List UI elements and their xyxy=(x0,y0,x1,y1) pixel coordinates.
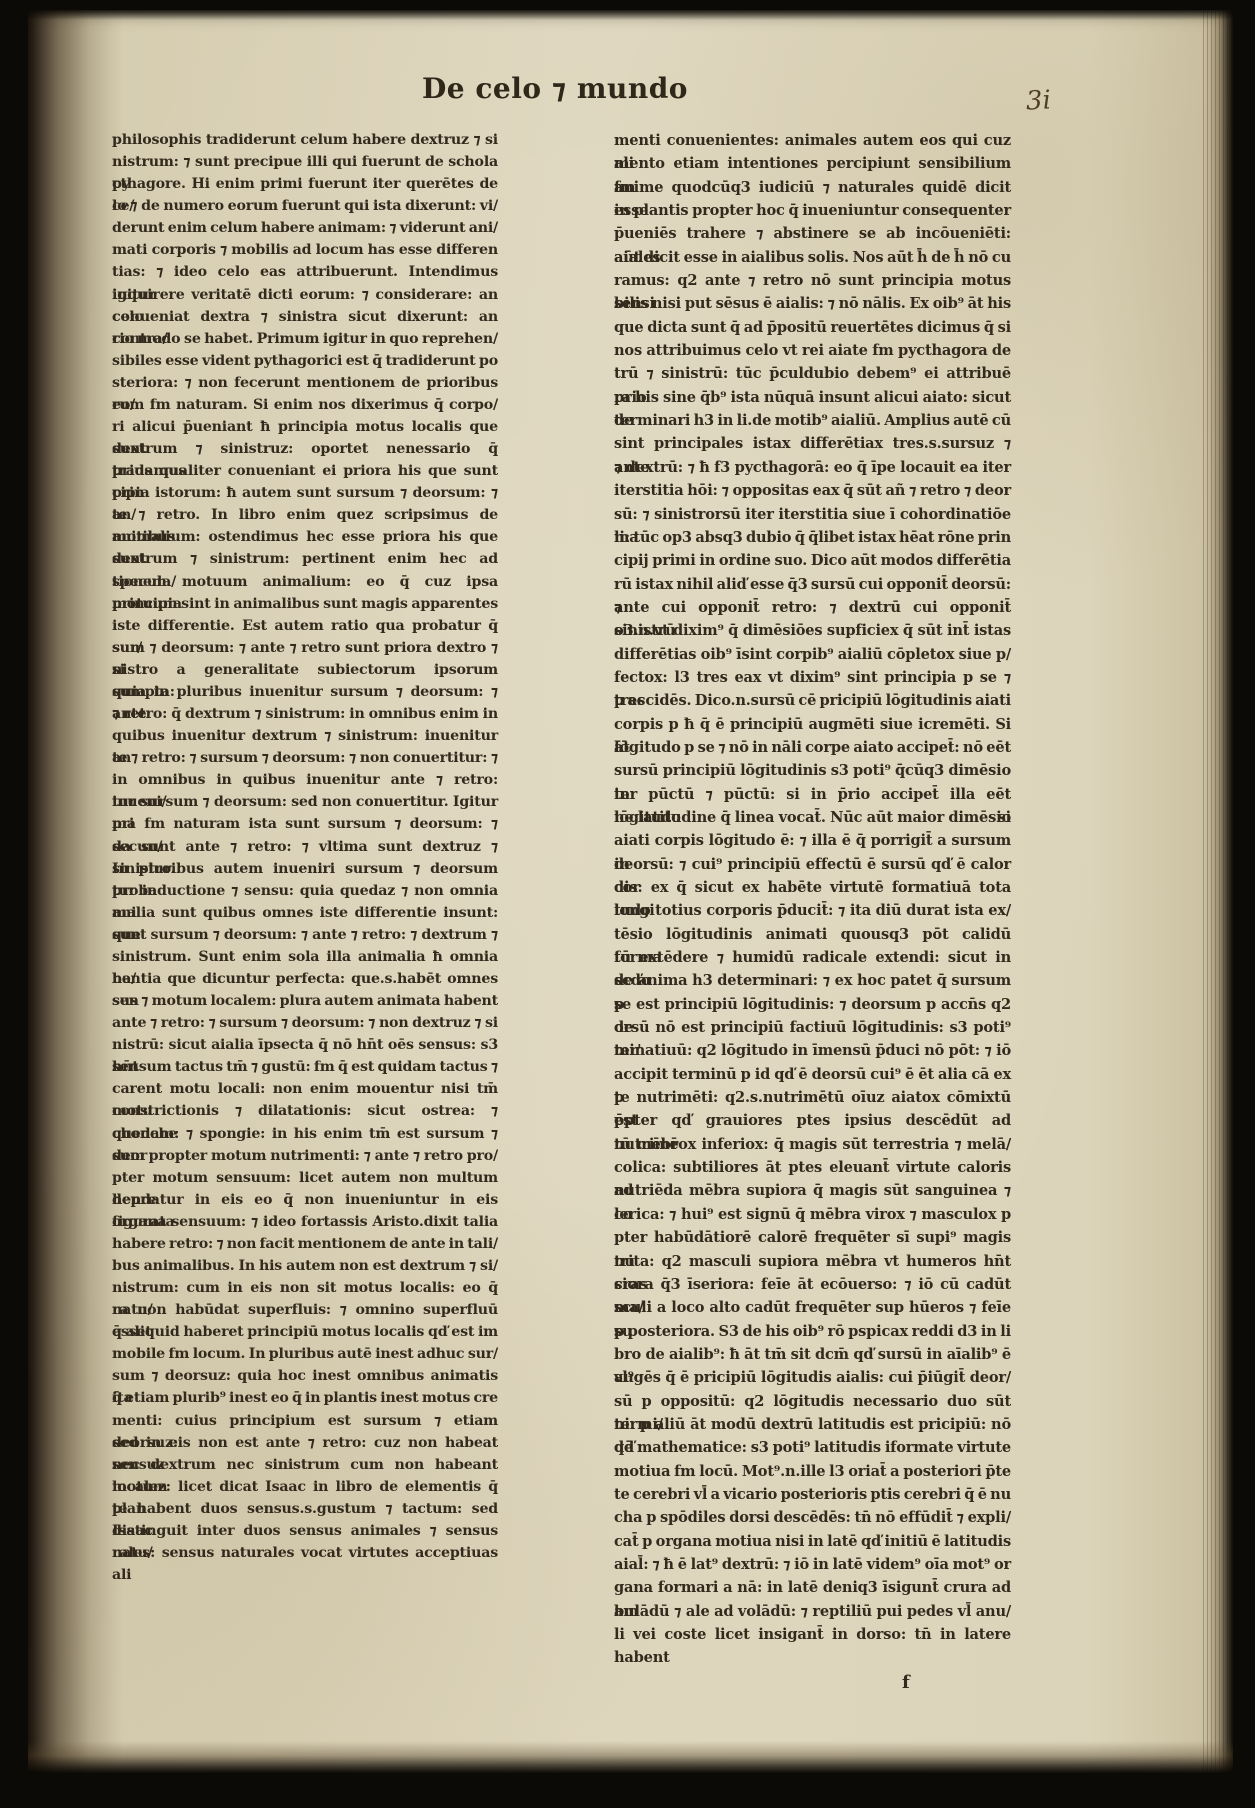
text-line: sunt sursum ⁊ deorsum: ⁊ ante ⁊ retro: ⁊… xyxy=(112,924,498,946)
text-line: bilis nisi put sēsus ē aialis: ⁊ nō nāli… xyxy=(614,292,1011,315)
text-line: rū istax nihil aliď esse q̄3 sursū cui o… xyxy=(614,573,1011,596)
folio-number: 3i xyxy=(1025,85,1051,116)
text-line: dē mathematice: s3 poti⁹ latitudis iform… xyxy=(614,1436,1011,1459)
text-line: rio modo se habet. Primum igitur in quo … xyxy=(112,328,498,350)
text-line: tū extēdere ⁊ humidū radicale extendi: s… xyxy=(614,946,1011,969)
text-line: menti: cuius principium est sursum ⁊ eti… xyxy=(112,1410,498,1432)
text-line: minatiuū: q2 lōgitudo in īmensū p̄duci n… xyxy=(614,1039,1011,1062)
text-line: corpis p ħ q̄ ē principiū augmēti siue i… xyxy=(614,713,1011,736)
text-line: colica: subtiliores āt ptes eleuant̄ vir… xyxy=(614,1156,1011,1179)
text-line: sed in eis non est ante ⁊ retro: cuz non… xyxy=(112,1432,498,1454)
text-line: distinguit inter duos sensus animales ⁊ … xyxy=(112,1520,498,1542)
text-line: q̄ etiam plurib⁹ inest eo q̄ in plantis … xyxy=(112,1387,498,1409)
text-line: nistro a generalitate subiectorum ipsoru… xyxy=(112,659,498,681)
text-line: nutriēda mēbra supiora q̄ magis sūt sang… xyxy=(614,1179,1011,1202)
text-line: cat̄ p organa motiua nisi in latē qď ini… xyxy=(614,1530,1011,1553)
text-line: motiua fm locū. Mot⁹.n.ille l3 oriat̄ a … xyxy=(614,1460,1011,1483)
text-line: menti conuenientes: animales autem eos q… xyxy=(614,129,1011,152)
text-line: organa sensuum: ⁊ ideo fortassis Aristo.… xyxy=(112,1211,498,1233)
text-line: de anima h3 determinari: ⁊ ex hoc patet … xyxy=(614,969,1011,992)
text-line: li vei coste licet insigant̄ in dorso: t… xyxy=(614,1623,1011,1646)
text-line: quedam: ⁊ spongie: in his enim tm̄ est s… xyxy=(112,1123,498,1145)
text-line: ne latitudine q̄ linea vocat̄. Nūc aūt m… xyxy=(614,806,1011,829)
text-line: sensum tactus tm̄ ⁊ gustū: fm q̄ est qui… xyxy=(112,1056,498,1078)
text-line: tū mēbrox inferiox: q̄ magis sūt terrest… xyxy=(614,1133,1011,1156)
text-line: p̄ueniēs trahere ⁊ abstinere se ab incōu… xyxy=(614,222,1011,245)
text-line: ma fm naturam ista sunt sursum ⁊ deorsum… xyxy=(112,813,498,835)
text-line: nec dextrum nec sinistrum cum non habean… xyxy=(112,1454,498,1476)
text-line: dextrum ⁊ sinistruz: oportet nenessario … xyxy=(112,438,498,460)
text-line: fectox: l3 tres eax vt dixim⁹ sint princ… xyxy=(614,666,1011,689)
text-line: ⁊ retro: q̄ dextrum ⁊ sinistrum: in omni… xyxy=(112,703,498,725)
text-line: o3.n.vt dixim⁹ q̄ dimēsiōes supficiex q̄… xyxy=(614,619,1011,642)
text-line: que dicta sunt q̄ ad p̄positū reuertētes… xyxy=(614,316,1011,339)
text-line: deorsū: ⁊ cui⁹ principiū effectū ē sursū… xyxy=(614,853,1011,876)
text-line: bus animalibus. In his autem non est dex… xyxy=(112,1255,498,1277)
text-line: nos attribuimus celo vt rei aiate fm pyc… xyxy=(614,339,1011,362)
text-line: sū p oppositū: q2 lōgitudis necessario d… xyxy=(614,1390,1011,1413)
running-title: De celo ⁊ mundo xyxy=(380,72,730,105)
text-line: in omnibus in quibus inuenitur ante ⁊ re… xyxy=(112,769,498,791)
text-line: In pluribus autem inueniri sursum ⁊ deor… xyxy=(112,858,498,880)
text-line: li: tūc op3 absq3 dubio q̄ q̄libet istax… xyxy=(614,526,1011,549)
text-line: quia in pluribus inuenitur sursum ⁊ deor… xyxy=(112,681,498,703)
text-line: aūt dicit esse in aialibus solis. Nos aū… xyxy=(614,246,1011,269)
text-line: iterstitia hōi: ⁊ oppositas eax q̄ sūt a… xyxy=(614,479,1011,502)
text-line: te nutrimēti: q2.s.nutrimētū oīuz aiatox… xyxy=(614,1086,1011,1109)
text-line: dis: ex q̄ sicut ex habēte virtutē forma… xyxy=(614,876,1011,899)
text-line: sint principales istax differētiax tres.… xyxy=(614,432,1011,455)
text-line: ri alicui p̄ueniant ħ principia motus lo… xyxy=(112,416,498,438)
text-line: p̄pter qď grauiores ptes ipsius descēdūt… xyxy=(614,1109,1011,1132)
text-line: sū: ⁊ sinistrorsū iter iterstitia siue ī… xyxy=(614,503,1011,526)
text-line: orsū nō est principiū factiuū lōgitudini… xyxy=(614,1016,1011,1039)
text-line: te ⁊ retro. In libro enim quez scripsimu… xyxy=(112,504,498,526)
text-line: lo ⁊ de numero eorum fuerunt qui ista di… xyxy=(112,195,498,217)
text-line: hendatur in eis eo q̄ non inueniuntur in… xyxy=(112,1189,498,1211)
text-line: te ⁊ retro: ⁊ sursum ⁊ deorsum: ⁊ non co… xyxy=(112,747,498,769)
text-line: iste differentie. Est autem ratio qua pr… xyxy=(112,615,498,637)
text-line: differētias oib⁹ īsint corpib⁹ aialiū cō… xyxy=(614,643,1011,666)
text-line: tēsio lōgitudinis animati quousq3 pōt ca… xyxy=(614,923,1011,946)
text-line: trita: q2 masculi supiora mēbra vt humer… xyxy=(614,1250,1011,1273)
text-line: te habent duos sensus.s.gustum ⁊ tactum:… xyxy=(112,1498,498,1520)
text-line: se est principiū lōgitudinis: ⁊ deorsum … xyxy=(614,993,1011,1016)
gutter-shadow xyxy=(28,10,123,1773)
text-column-right: menti conuenientes: animales autem eos q… xyxy=(614,129,1011,1646)
text-line: siora q̄3 īseriora: feīe āt ecōuerso: ⁊ … xyxy=(614,1273,1011,1296)
text-line: lerica: ⁊ hui⁹ est signū q̄ mēbra virox … xyxy=(614,1203,1011,1226)
fore-edge-shadow xyxy=(1203,10,1233,1773)
text-line: rum fm naturam. Si enim nos dixerimus q̄… xyxy=(112,394,498,416)
text-line: ante ⁊ retro: ⁊ sursum ⁊ deorsum: ⁊ non … xyxy=(112,1012,498,1034)
text-line: mati corporis ⁊ mobilis ad locum has ess… xyxy=(112,239,498,261)
text-line: sinistrum. Sunt enim sola illa animalia … xyxy=(112,946,498,968)
text-line: da sunt ante ⁊ retro: ⁊ vltima sunt dext… xyxy=(112,836,498,858)
text-line: bulādū ⁊ ale ad volādū: ⁊ reptiliū pui p… xyxy=(614,1600,1011,1623)
text-line: malia sunt quibus omnes iste differentie… xyxy=(112,902,498,924)
text-line: conueniat dextra ⁊ sinistra sicut dixeru… xyxy=(112,306,498,328)
text-line: nistrū: sicut aialia īpsecta q̄ nō hn̄t … xyxy=(112,1034,498,1056)
text-line: philosophis tradiderunt celum habere dex… xyxy=(112,129,498,151)
text-line: ante cui opponit̄ retro: ⁊ dextrū cui op… xyxy=(614,596,1011,619)
text-line: localez: licet dicat Isaac in libro de e… xyxy=(112,1476,498,1498)
text-line: steriora: ⁊ non fecerunt mentionem de pr… xyxy=(112,372,498,394)
text-line: tur inductione ⁊ sensu: quia quedaz ⁊ no… xyxy=(112,880,498,902)
text-line: bro de aialib⁹: ħ āt tm̄ sit dcm̄ qď sur… xyxy=(614,1343,1011,1366)
text-line: pter habūdātiorē calorē frequēter sī sup… xyxy=(614,1226,1011,1249)
text-line: habere retro: ⁊ non facit mentionem de a… xyxy=(112,1233,498,1255)
text-line: lōgitudo p se ⁊ nō in nāli corpe aiato a… xyxy=(614,736,1011,759)
text-line: aiati corpis lōgitudo ē: ⁊ illa ē q̄ por… xyxy=(614,829,1011,852)
text-line: sum ⁊ deorsum: ⁊ ante ⁊ retro sunt prior… xyxy=(112,637,498,659)
text-line: carent motu locali: non enim mouentur ni… xyxy=(112,1078,498,1100)
text-line: sursū principiū lōgitudinis s3 poti⁹ q̄c… xyxy=(614,759,1011,782)
text-line: ra his sine q̄b⁹ ista nūquā insunt alicu… xyxy=(614,386,1011,409)
scan-background: De celo ⁊ mundo 3i philosophis tradideru… xyxy=(0,0,1255,1808)
text-line: p posteriora. S3 de his oib⁹ rō pspicax … xyxy=(614,1320,1011,1343)
text-line: dextrum ⁊ sinistrum: pertinent enim hec … xyxy=(112,548,498,570)
text-line: bentia que dicuntur perfecta: que.s.habē… xyxy=(112,968,498,990)
text-line: inquirere veritatē dicti eorum: ⁊ consid… xyxy=(112,284,498,306)
text-line: motuum sint in animalibus sunt magis app… xyxy=(112,593,498,615)
text-line: sibiles esse vident pythagorici est q̄ t… xyxy=(112,350,498,372)
text-line: pter motum sensuum: licet autem non mult… xyxy=(112,1167,498,1189)
text-line: ra non habūdat superfluis: ⁊ omnino supe… xyxy=(112,1299,498,1321)
text-line: cthagore. Hi enim primi fuerunt iter que… xyxy=(112,173,498,195)
text-line: ⁊ dextrū: ⁊ ħ f3 pycthagorā: eo q̄ īpe l… xyxy=(614,456,1011,479)
text-line: mobile fm locum. In pluribus autē inest … xyxy=(112,1343,498,1365)
text-line: sum ⁊ deorsuz: quia hoc inest omnibus an… xyxy=(112,1365,498,1387)
text-line: prius qualiter conueniant ei priora his … xyxy=(112,460,498,482)
text-line: anime quodcūq3 iudiciū ⁊ naturales quidē… xyxy=(614,176,1011,199)
text-line: derunt enim celum habere animam: ⁊ vider… xyxy=(112,217,498,239)
text-line: cipia istorum: ħ autem sunt sursum ⁊ deo… xyxy=(112,482,498,504)
signature-mark: f xyxy=(902,1672,910,1693)
text-line: te cerebri vl̄ a vicario posterioris pti… xyxy=(614,1483,1011,1506)
text-line: p accidēs. Dico.n.sursū cē pricipiū lōgi… xyxy=(614,689,1011,712)
text-line: cha p spōdiles dorsi descēdēs: tn̄ nō ef… xyxy=(614,1506,1011,1529)
text-line: mento etiam intentiones percipiunt sensi… xyxy=(614,152,1011,175)
text-line: in plantis propter hoc q̄ inueniuntur co… xyxy=(614,199,1011,222)
text-line: tur sursum ⁊ deorsum: sed non conuertitu… xyxy=(112,791,498,813)
text-line: augēs q̄ ē pricipiū lōgitudis aialis: cu… xyxy=(614,1366,1011,1389)
text-line: tias: ⁊ ideo celo eas attribuerunt. Inte… xyxy=(112,261,498,283)
text-line: rales: sensus naturales vocat virtutes a… xyxy=(112,1542,498,1564)
text-line: ni: p aliū āt modū dextrū latitudis est … xyxy=(614,1413,1011,1436)
text-line: gana formari a nā: in latē deniq3 īsigun… xyxy=(614,1576,1011,1599)
text-line: tudo totius corporis p̄ducit̄: ⁊ ita diū… xyxy=(614,899,1011,922)
text-line: animalium: ostendimus hec esse priora hi… xyxy=(112,526,498,548)
bottom-edge-shadow xyxy=(28,1741,1233,1773)
text-line: ramus: q2 ante ⁊ retro nō sunt principia… xyxy=(614,269,1011,292)
text-line: ter pūctū ⁊ pūctū: si in p̄rio accipet̄ … xyxy=(614,783,1011,806)
text-line: constrictionis ⁊ dilatationis: sicut ost… xyxy=(112,1100,498,1122)
text-line: trū ⁊ sinistrū: tūc p̄culdubio debem⁹ ei… xyxy=(614,362,1011,385)
text-line: nistrum: ⁊ sunt precipue illi qui fuerun… xyxy=(112,151,498,173)
text-line: sus ⁊ motum localem: plura autem animata… xyxy=(112,990,498,1012)
text-line: tionem motuum animalium: eo q̄ cuz ipsa … xyxy=(112,571,498,593)
text-line: q̄ aliquid haberet principiū motus local… xyxy=(112,1321,498,1343)
book-page: De celo ⁊ mundo 3i philosophis tradideru… xyxy=(28,10,1233,1773)
text-line: nistrum: cum in eis non sit motus locali… xyxy=(112,1277,498,1299)
text-line: quibus inuenitur dextrum ⁊ sinistrum: in… xyxy=(112,725,498,747)
text-line: sum propter motum nutrimenti: ⁊ ante ⁊ r… xyxy=(112,1145,498,1167)
text-line: terminari h3 in li.de motib⁹ aialiū. Amp… xyxy=(614,409,1011,432)
text-line: accipit terminū p id qď ē deorsū cui⁹ ē … xyxy=(614,1063,1011,1086)
text-line: aial̄: ⁊ ħ ē lat⁹ dextrū: ⁊ iō in latē v… xyxy=(614,1553,1011,1576)
text-column-left: philosophis tradiderunt celum habere dex… xyxy=(112,129,498,1564)
top-edge-shadow xyxy=(28,10,1233,20)
text-line: cipij primi in ordine suo. Dico aūt modo… xyxy=(614,549,1011,572)
text-line: sculi a loco alto cadūt frequēter sup hū… xyxy=(614,1296,1011,1319)
